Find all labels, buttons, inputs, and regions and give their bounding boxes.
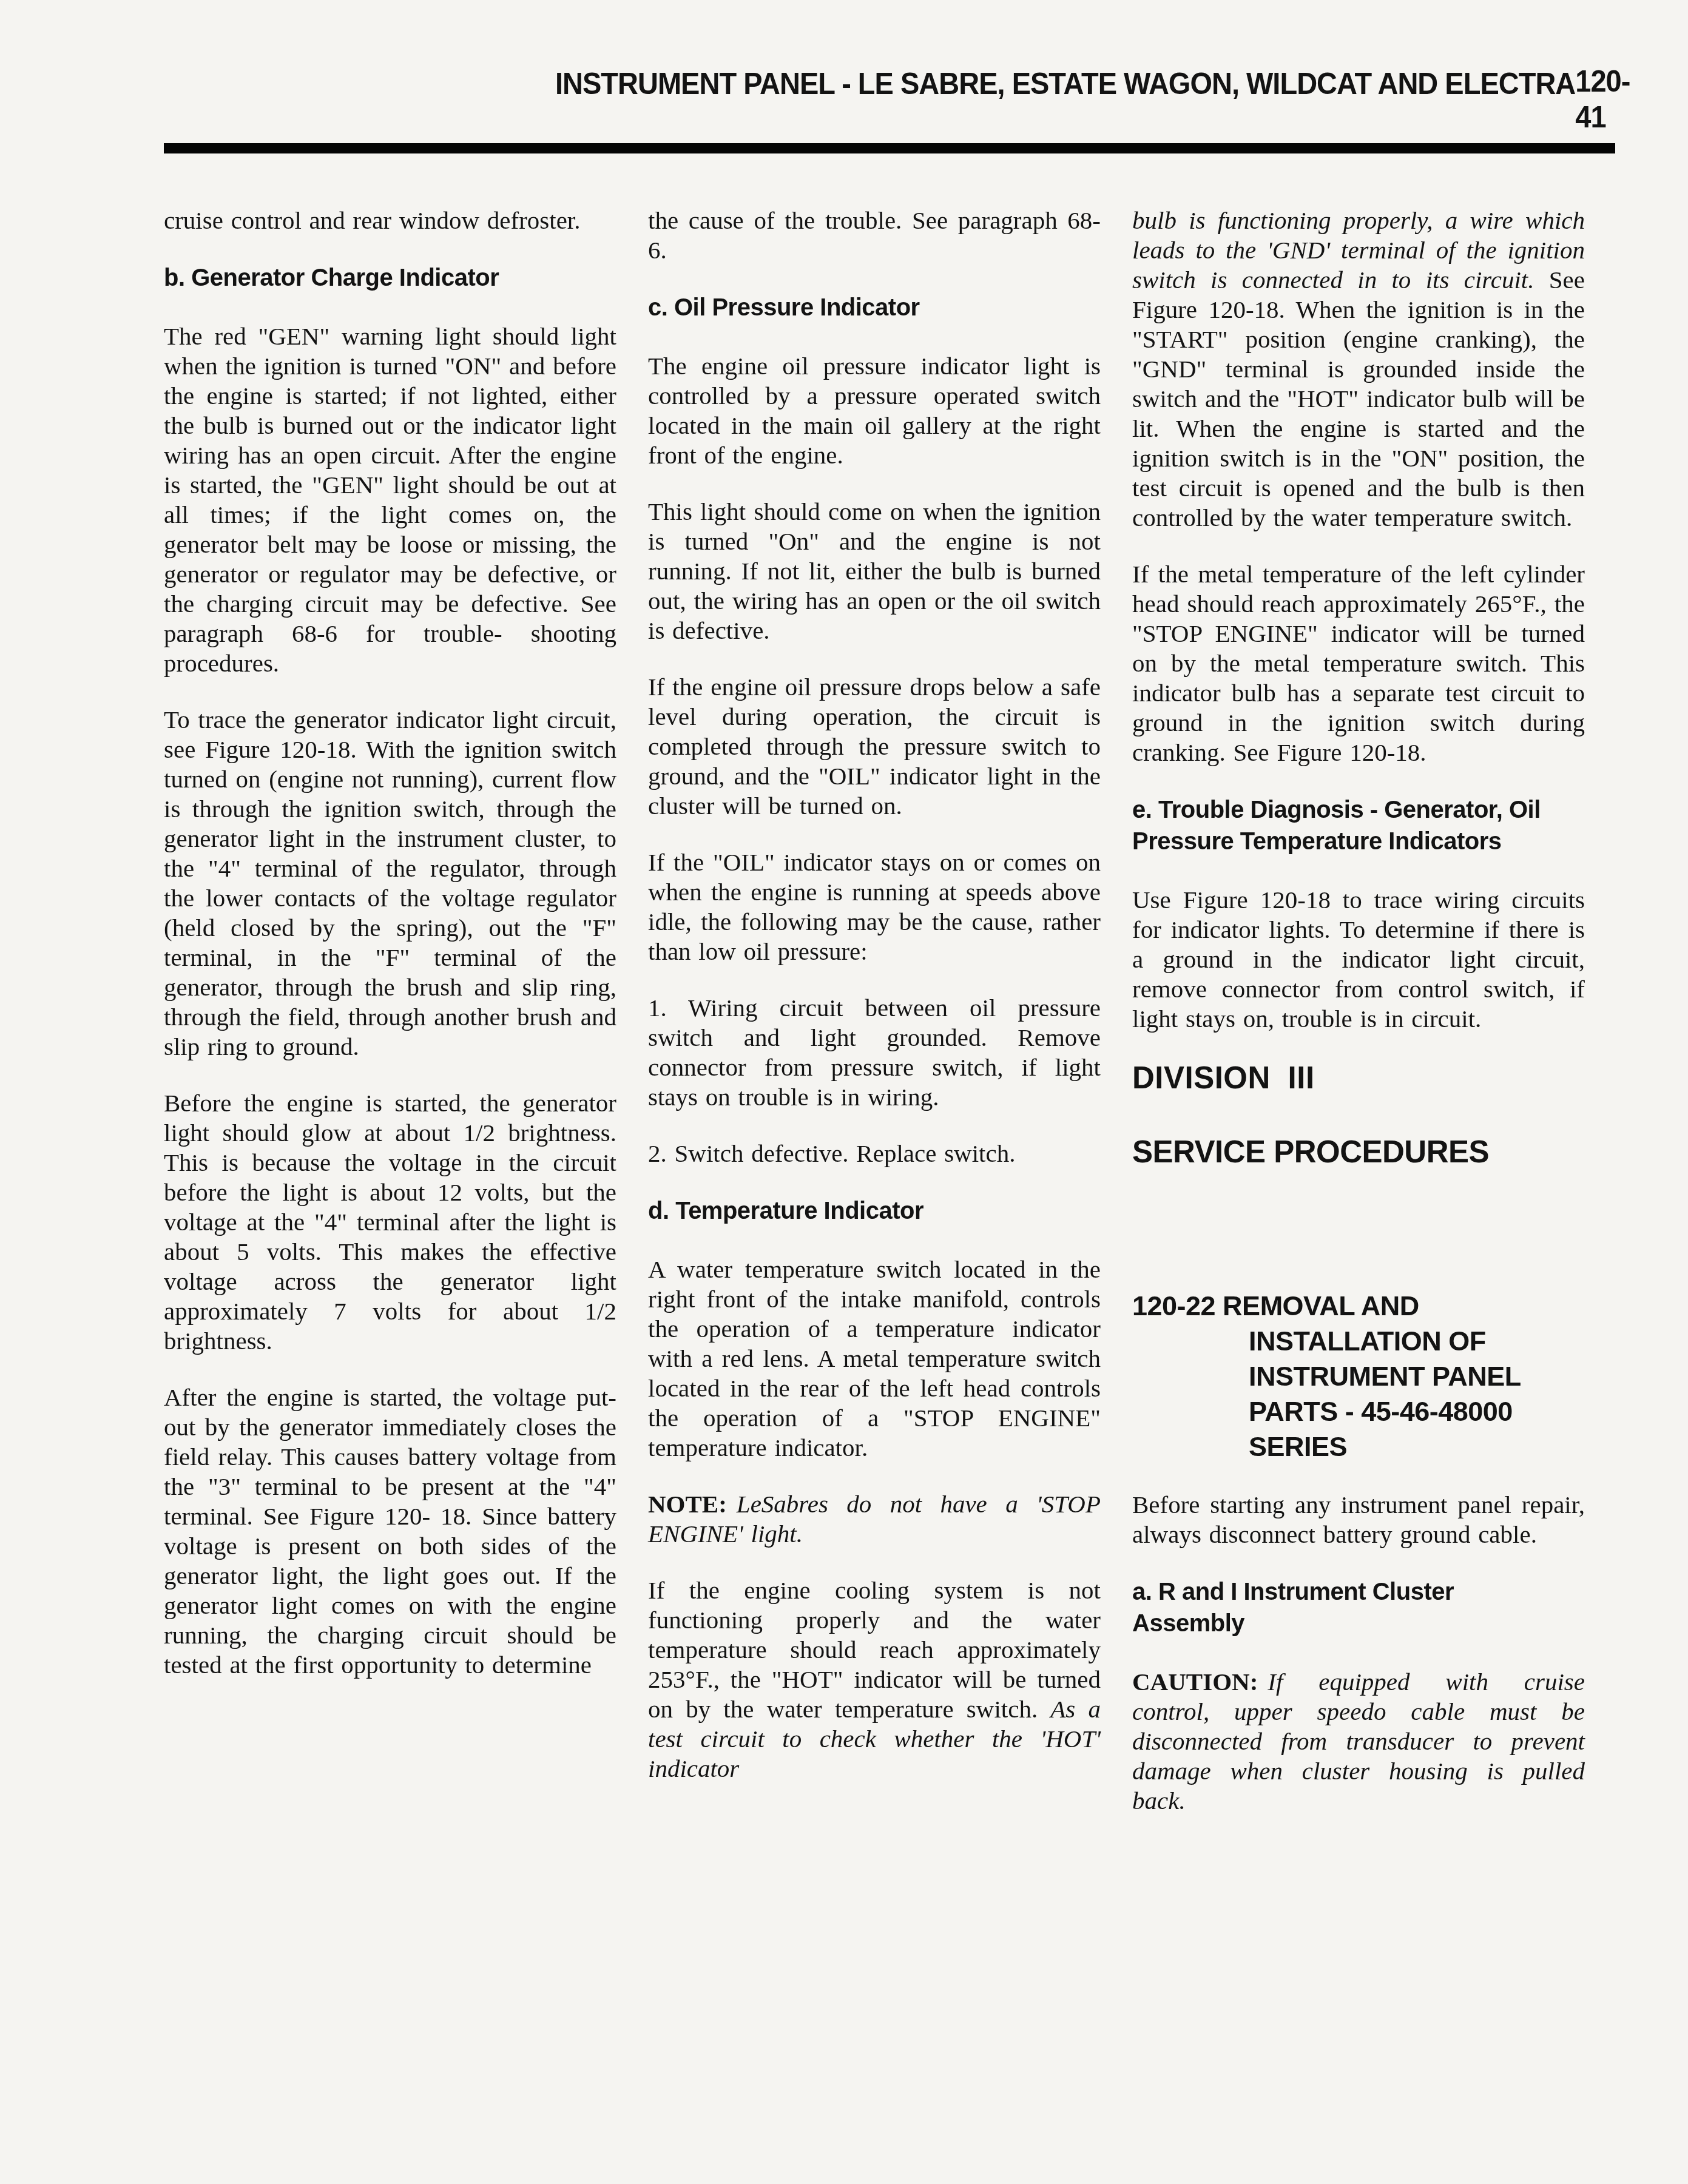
column-1: cruise control and rear window defroster…	[164, 206, 616, 1842]
three-column-layout: cruise control and rear window defroster…	[164, 206, 1615, 1842]
paragraph-italic-part: bulb is functioning properly, a wire whi…	[1132, 206, 1585, 294]
note-label: NOTE:	[648, 1490, 727, 1518]
paragraph: the cause of the trouble. See paragraph …	[648, 206, 1101, 265]
section-heading-d: d. Temperature Indicator	[648, 1195, 1101, 1227]
numbered-item-2: 2. Switch defective. Replace switch.	[648, 1139, 1101, 1168]
section-heading-e: e. Trouble Diagnosis - Generator, Oil Pr…	[1132, 794, 1585, 857]
paragraph: If the metal temperature of the left cyl…	[1132, 559, 1585, 767]
division-iii-heading: DIVISION III	[1132, 1060, 1585, 1096]
page-number: 120-41	[1575, 62, 1630, 135]
procedure-heading-line: INSTRUMENT PANEL	[1132, 1359, 1585, 1394]
caution-label: CAUTION:	[1132, 1668, 1258, 1696]
column-2: the cause of the trouble. See paragraph …	[648, 206, 1101, 1842]
page-content: INSTRUMENT PANEL - LE SABRE, ESTATE WAGO…	[164, 68, 1615, 1842]
paragraph: Use Figure 120-18 to trace wiring circui…	[1132, 885, 1585, 1034]
manual-page: INSTRUMENT PANEL - LE SABRE, ESTATE WAGO…	[0, 0, 1688, 2184]
header-rule	[164, 143, 1615, 153]
column-3: bulb is functioning properly, a wire whi…	[1132, 206, 1585, 1842]
paragraph: Before starting any instrument panel rep…	[1132, 1490, 1585, 1549]
page-title: INSTRUMENT PANEL - LE SABRE, ESTATE WAGO…	[555, 66, 1575, 101]
procedure-heading-120-22: 120-22 REMOVAL AND INSTALLATION OF INSTR…	[1132, 1289, 1585, 1464]
paragraph: If the engine oil pressure drops below a…	[648, 672, 1101, 821]
paragraph-roman-part: See Figure 120-18. When the ignition is …	[1132, 266, 1585, 531]
paragraph: bulb is functioning properly, a wire whi…	[1132, 206, 1585, 533]
caution-paragraph: CAUTION:If equipped with cruise control,…	[1132, 1667, 1585, 1816]
paragraph-roman-part: If the engine cooling system is not func…	[648, 1576, 1101, 1723]
paragraph: The engine oil pressure indicator light …	[648, 351, 1101, 470]
procedure-heading-line: SERIES	[1132, 1429, 1585, 1464]
section-heading-b: b. Generator Charge Indicator	[164, 262, 616, 294]
note-paragraph: NOTE:LeSabres do not have a 'STOP ENGINE…	[648, 1489, 1101, 1549]
paragraph: To trace the generator indicator light c…	[164, 705, 616, 1062]
paragraph: cruise control and rear window defroster…	[164, 206, 616, 235]
service-procedures-heading: SERVICE PROCEDURES	[1132, 1134, 1585, 1170]
paragraph: Before the engine is started, the genera…	[164, 1088, 616, 1356]
paragraph: After the engine is started, the voltage…	[164, 1383, 616, 1680]
paragraph: This light should come on when the ignit…	[648, 497, 1101, 645]
paragraph: A water temperature switch located in th…	[648, 1255, 1101, 1463]
section-heading-a: a. R and I Instrument Cluster Assembly	[1132, 1576, 1508, 1639]
page-header: INSTRUMENT PANEL - LE SABRE, ESTATE WAGO…	[164, 68, 1615, 135]
paragraph: The red "GEN" warning light should light…	[164, 322, 616, 678]
section-heading-c: c. Oil Pressure Indicator	[648, 292, 1101, 323]
procedure-heading-line: PARTS - 45-46-48000	[1132, 1394, 1585, 1429]
paragraph: If the "OIL" indicator stays on or comes…	[648, 848, 1101, 966]
numbered-item-1: 1. Wiring circuit between oil pressure s…	[648, 993, 1101, 1112]
paragraph: If the engine cooling system is not func…	[648, 1576, 1101, 1784]
procedure-heading-line: INSTALLATION OF	[1132, 1324, 1585, 1359]
procedure-heading-line: 120-22 REMOVAL AND	[1132, 1289, 1585, 1324]
